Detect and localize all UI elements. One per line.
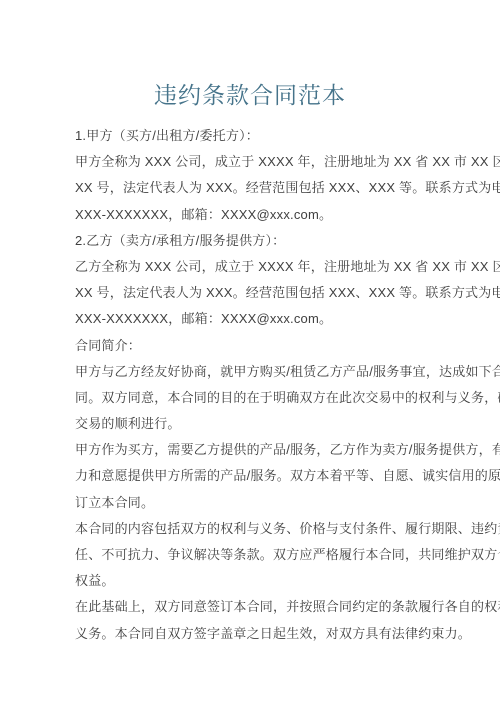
party-b-heading-line: 2.乙方（卖方/承租方/服务提供方）： bbox=[75, 228, 436, 254]
intro-paragraph-line: 同。双方同意，本合同的目的在于明确双方在此次交易中的权利与义务，确保 bbox=[75, 385, 436, 411]
content-paragraph-line: 本合同的内容包括双方的权利与义务、价格与支付条件、履行期限、违约责 bbox=[75, 516, 436, 542]
closing-paragraph-line: 义务。本合同自双方签字盖章之日起生效，对双方具有法律约束力。 bbox=[75, 621, 436, 647]
party-b-contact-line: XXX-XXXXXXX，邮箱：XXXX@xxx.com。 bbox=[75, 306, 436, 332]
intro-paragraph-line: 交易的顺利进行。 bbox=[75, 411, 436, 437]
roles-paragraph-line: 甲方作为买方，需要乙方提供的产品/服务，乙方作为卖方/服务提供方，有能 bbox=[75, 437, 436, 463]
intro-heading-line: 合同简介： bbox=[75, 333, 436, 359]
party-a-heading-line: 1.甲方（买方/出租方/委托方）： bbox=[75, 123, 436, 149]
roles-paragraph-line: 订立本合同。 bbox=[75, 490, 436, 516]
roles-paragraph-line: 力和意愿提供甲方所需的产品/服务。双方本着平等、自愿、诚实信用的原则， bbox=[75, 463, 436, 489]
party-a-info-line: XX 号，法定代表人为 XXX。经营范围包括 XXX、XXX 等。联系方式为电话… bbox=[75, 175, 436, 201]
contract-document-page: 违约条款合同范本 1.甲方（买方/出租方/委托方）： 甲方全称为 XXX 公司，… bbox=[0, 0, 500, 707]
party-a-contact-line: XXX-XXXXXXX，邮箱：XXXX@xxx.com。 bbox=[75, 202, 436, 228]
closing-paragraph-line: 在此基础上，双方同意签订本合同，并按照合同约定的条款履行各自的权利和 bbox=[75, 594, 436, 620]
party-a-info-line: 甲方全称为 XXX 公司，成立于 XXXX 年，注册地址为 XX 省 XX 市 … bbox=[75, 149, 436, 175]
party-b-info-line: 乙方全称为 XXX 公司，成立于 XXXX 年，注册地址为 XX 省 XX 市 … bbox=[75, 254, 436, 280]
party-b-info-line: XX 号，法定代表人为 XXX。经营范围包括 XXX、XXX 等。联系方式为电话… bbox=[75, 280, 436, 306]
content-paragraph-line: 权益。 bbox=[75, 568, 436, 594]
content-paragraph-line: 任、不可抗力、争议解决等条款。双方应严格履行本合同，共同维护双方合法 bbox=[75, 542, 436, 568]
document-title: 违约条款合同范本 bbox=[0, 0, 500, 110]
document-body: 1.甲方（买方/出租方/委托方）： 甲方全称为 XXX 公司，成立于 XXXX … bbox=[75, 123, 436, 647]
intro-paragraph-line: 甲方与乙方经友好协商，就甲方购买/租赁乙方产品/服务事宜，达成如下合 bbox=[75, 359, 436, 385]
